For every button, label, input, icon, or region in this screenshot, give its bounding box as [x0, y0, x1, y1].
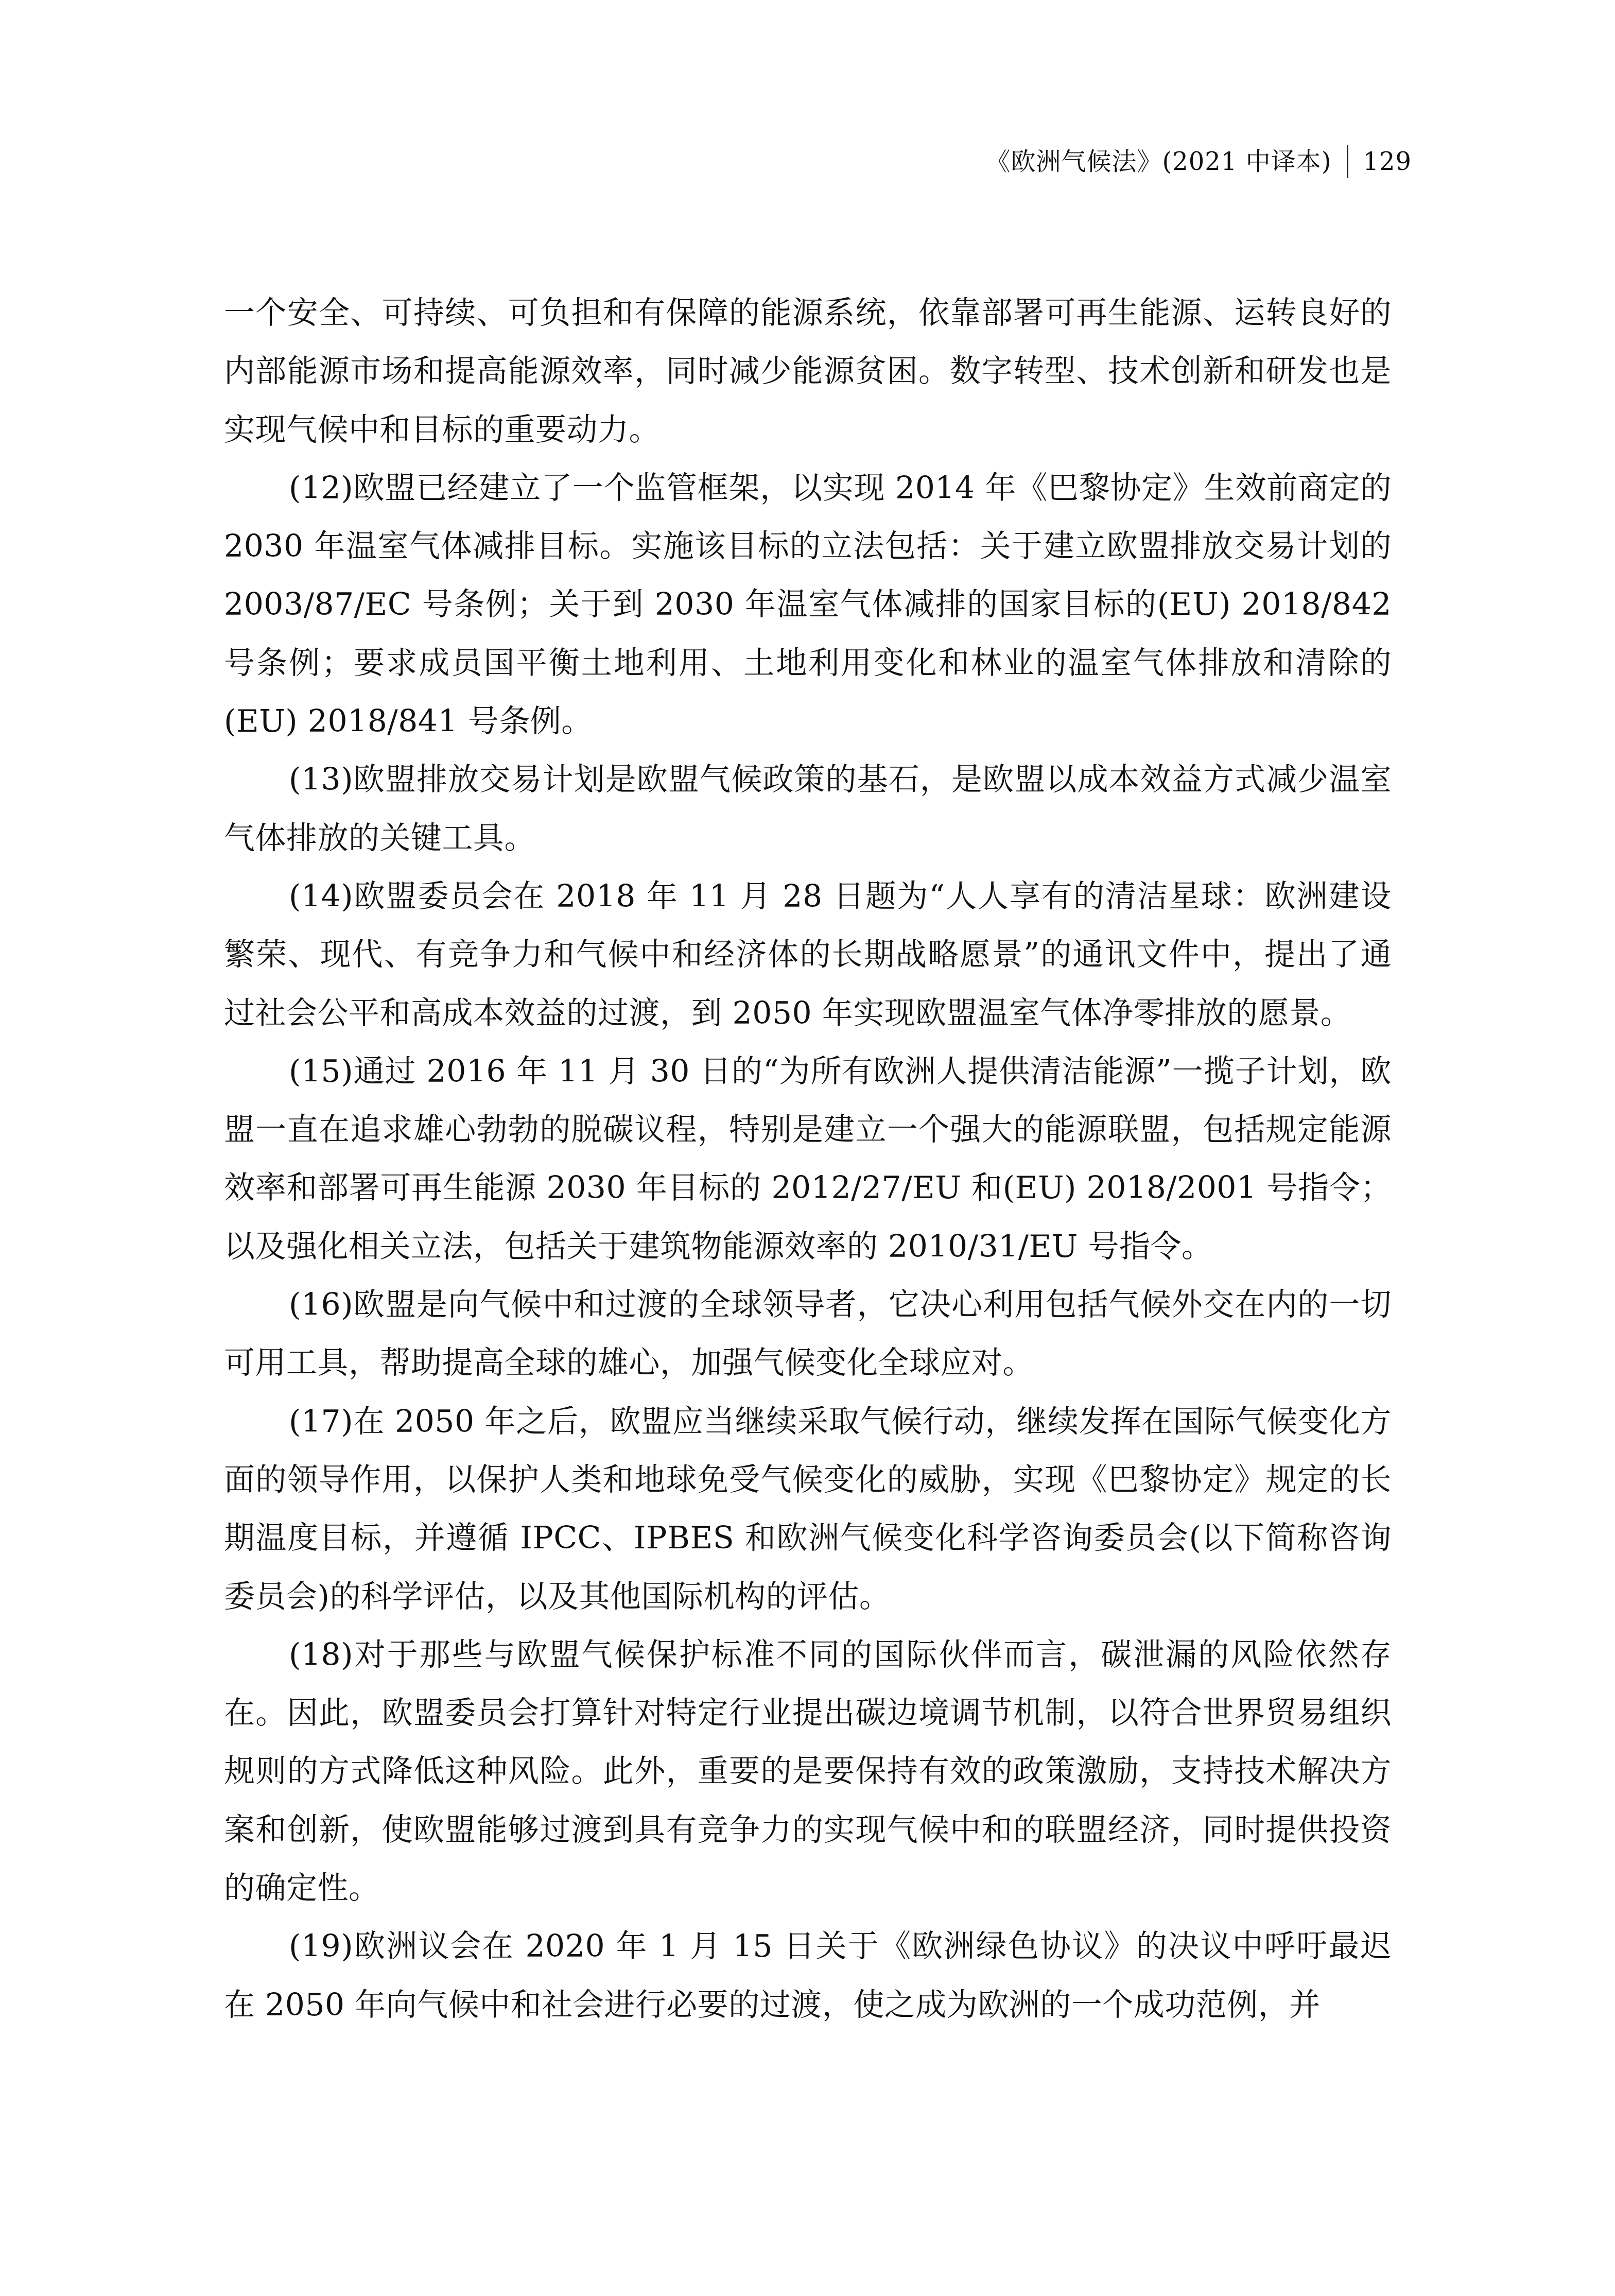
paragraph-12: (12)欧盟已经建立了一个监管框架，以实现 2014 年《巴黎协定》生效前商定的… [224, 459, 1392, 751]
body-text: 一个安全、可持续、可负担和有保障的能源系统，依靠部署可再生能源、运转良好的内部能… [224, 284, 1392, 2034]
paragraph-13: (13)欧盟排放交易计划是欧盟气候政策的基石，是欧盟以成本效益方式减少温室气体排… [224, 751, 1392, 868]
paragraph-18: (18)对于那些与欧盟气候保护标准不同的国际伙伴而言，碳泄漏的风险依然存在。因此… [224, 1626, 1392, 1918]
paragraph-19: (19)欧洲议会在 2020 年 1 月 15 日关于《欧洲绿色协议》的决议中呼… [224, 1918, 1392, 2034]
paragraph-17: (17)在 2050 年之后，欧盟应当继续采取气候行动，继续发挥在国际气候变化方… [224, 1393, 1392, 1626]
header-separator [1347, 145, 1348, 178]
page-number: 129 [1363, 145, 1412, 178]
paragraph-continuation: 一个安全、可持续、可负担和有保障的能源系统，依靠部署可再生能源、运转良好的内部能… [224, 284, 1392, 459]
book-title: 《欧洲气候法》(2021 中译本) [986, 145, 1332, 178]
running-header: 《欧洲气候法》(2021 中译本) 129 [986, 145, 1412, 178]
paragraph-16: (16)欧盟是向气候中和过渡的全球领导者，它决心利用包括气候外交在内的一切可用工… [224, 1276, 1392, 1393]
paragraph-15: (15)通过 2016 年 11 月 30 日的“为所有欧洲人提供清洁能源”一揽… [224, 1043, 1392, 1276]
paragraph-14: (14)欧盟委员会在 2018 年 11 月 28 日题为“人人享有的清洁星球：… [224, 868, 1392, 1043]
